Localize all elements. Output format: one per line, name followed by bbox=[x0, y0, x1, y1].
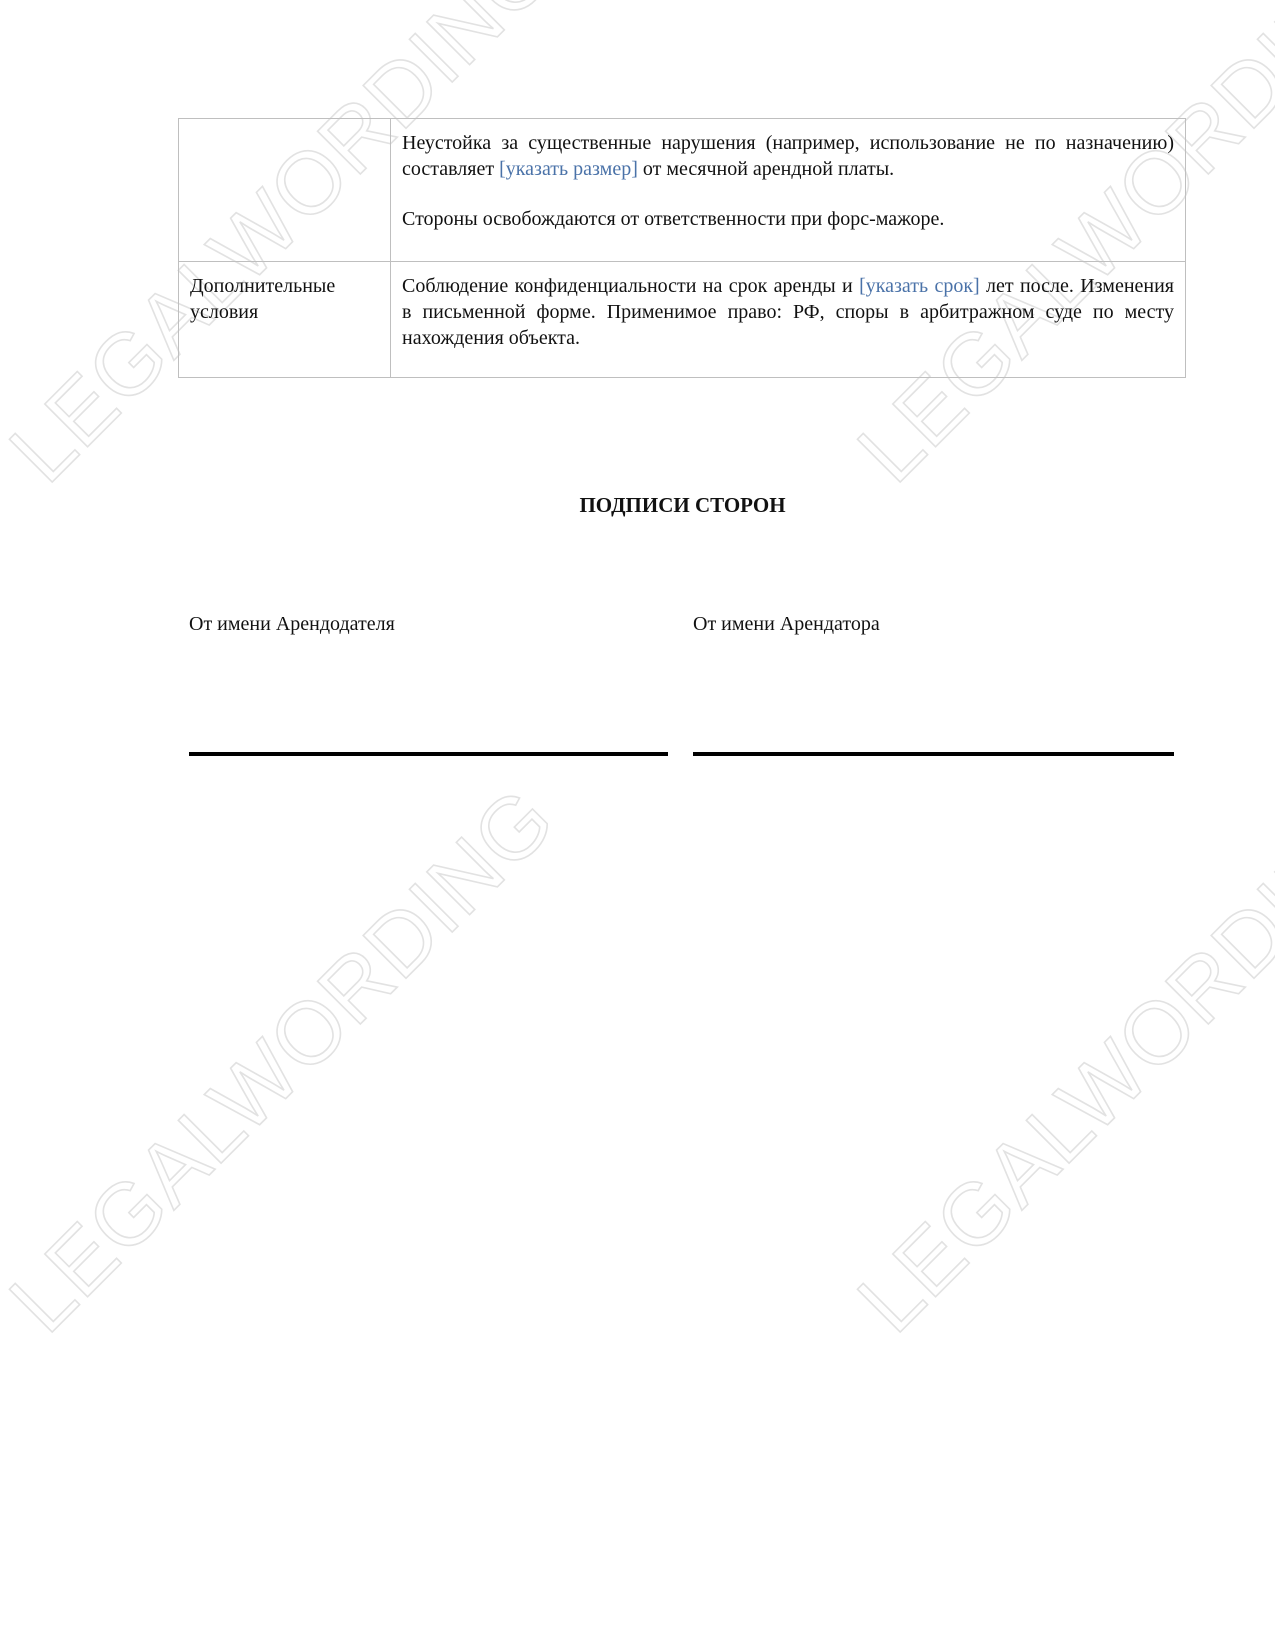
watermark-text: LEGALWORDING bbox=[0, 768, 574, 1352]
placeholder-confidentiality-term[interactable]: [указать срок] bbox=[859, 275, 980, 297]
row-label-cell: Дополнительные условия bbox=[179, 262, 391, 378]
text-segment: Соблюдение конфиденциальности на срок ар… bbox=[402, 275, 859, 297]
force-majeure-paragraph: Стороны освобождаются от ответственности… bbox=[402, 206, 1174, 232]
signatures-heading: ПОДПИСИ СТОРОН bbox=[0, 493, 1275, 518]
landlord-signature-label: От имени Арендодателя bbox=[189, 611, 668, 637]
row-content-cell: Неустойка за существенные нарушения (нап… bbox=[391, 119, 1186, 262]
additional-terms-paragraph: Соблюдение конфиденциальности на срок ар… bbox=[402, 273, 1174, 351]
text-segment: Стороны освобождаются от ответственности… bbox=[402, 208, 944, 230]
penalty-paragraph: Неустойка за существенные нарушения (нап… bbox=[402, 130, 1174, 182]
terms-table: Неустойка за существенные нарушения (нап… bbox=[178, 118, 1186, 378]
table-row: Дополнительные условия Соблюдение конфид… bbox=[179, 262, 1186, 378]
placeholder-penalty-amount[interactable]: [указать размер] bbox=[499, 158, 638, 180]
landlord-signature-line[interactable] bbox=[189, 752, 668, 756]
tenant-signature-label: От имени Арендатора bbox=[693, 611, 1174, 637]
text-segment: от месячной арендной платы. bbox=[638, 158, 894, 180]
watermark-text: LEGALWORDING bbox=[838, 768, 1275, 1352]
tenant-signature-block: От имени Арендатора bbox=[693, 611, 1174, 637]
row-label-cell bbox=[179, 119, 391, 262]
table-row: Неустойка за существенные нарушения (нап… bbox=[179, 119, 1186, 262]
landlord-signature-block: От имени Арендодателя bbox=[189, 611, 668, 637]
tenant-signature-line[interactable] bbox=[693, 752, 1174, 756]
row-content-cell: Соблюдение конфиденциальности на срок ар… bbox=[391, 262, 1186, 378]
